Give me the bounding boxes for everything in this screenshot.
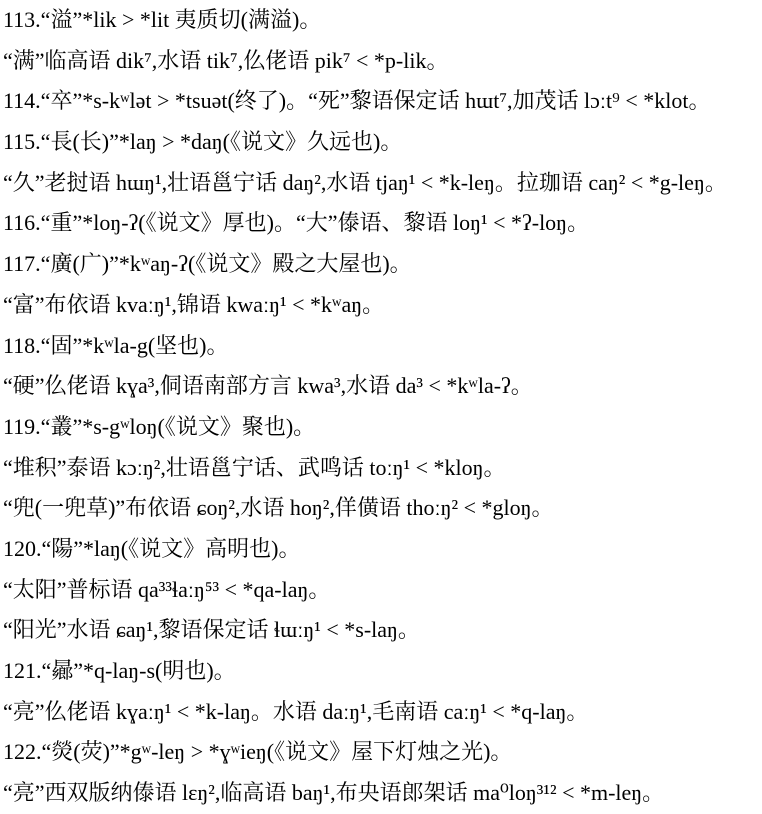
entry-line-119: 119.“叢”*s-gʷloŋ(《说文》聚也)。	[3, 407, 762, 448]
gloss-line-118: “硬”仫佬语 kɣa³,侗语南部方言 kwa³,水语 da³ < *kʷla-ʔ…	[3, 366, 762, 407]
entry-line-116: 116.“重”*loŋ-ʔ(《说文》厚也)。“大”傣语、黎语 loŋ¹ < *ʔ…	[3, 203, 762, 244]
gloss-line-119a: “堆积”泰语 kɔːŋ²,壮语邕宁话、武鸣话 toːŋ¹ < *kloŋ。	[3, 448, 762, 489]
gloss-line-120a: “太阳”普标语 qa³³ɬaːŋ⁵³ < *qa-laŋ。	[3, 570, 762, 611]
entry-line-122: 122.“熒(荧)”*gʷ-leŋ > *ɣʷieŋ(《说文》屋下灯烛之光)。	[3, 732, 762, 773]
gloss-line-117: “富”布依语 kvaːŋ¹,锦语 kwaːŋ¹ < *kʷaŋ。	[3, 285, 762, 326]
entry-line-118: 118.“固”*kʷla-g(坚也)。	[3, 326, 762, 367]
document-page: 113.“溢”*lik > *lit 夷质切(满溢)。 “满”临高语 dik⁷,…	[0, 0, 762, 814]
entry-line-115: 115.“長(长)”*laŋ > *daŋ(《说文》久远也)。	[3, 122, 762, 163]
gloss-line-121: “亮”仫佬语 kɣaːŋ¹ < *k-laŋ。水语 daːŋ¹,毛南语 caːŋ…	[3, 692, 762, 733]
gloss-line-115: “久”老挝语 hɯŋ¹,壮语邕宁话 daŋ²,水语 tjaŋ¹ < *k-leŋ…	[3, 163, 762, 204]
entry-line-114: 114.“卒”*s-kʷlət > *tsuət(终了)。“死”黎语保定话 hɯ…	[3, 81, 762, 122]
entry-line-121: 121.“曏”*q-laŋ-s(明也)。	[3, 651, 762, 692]
entry-line-120: 120.“陽”*laŋ(《说文》高明也)。	[3, 529, 762, 570]
gloss-line-122: “亮”西双版纳傣语 lɛŋ²,临高语 baŋ¹,布央语郎架话 ma⁰loŋ³¹²…	[3, 773, 762, 814]
gloss-line-113: “满”临高语 dik⁷,水语 tik⁷,仫佬语 pik⁷ < *p-lik。	[3, 41, 762, 82]
gloss-line-119b: “兜(一兜草)”布依语 ɕoŋ²,水语 hoŋ²,佯僙语 thoːŋ² < *g…	[3, 488, 762, 529]
entry-line-113: 113.“溢”*lik > *lit 夷质切(满溢)。	[3, 0, 762, 41]
entry-line-117: 117.“廣(广)”*kʷaŋ-ʔ(《说文》殿之大屋也)。	[3, 244, 762, 285]
gloss-line-120b: “阳光”水语 ɕaŋ¹,黎语保定话 ɬɯːŋ¹ < *s-laŋ。	[3, 610, 762, 651]
